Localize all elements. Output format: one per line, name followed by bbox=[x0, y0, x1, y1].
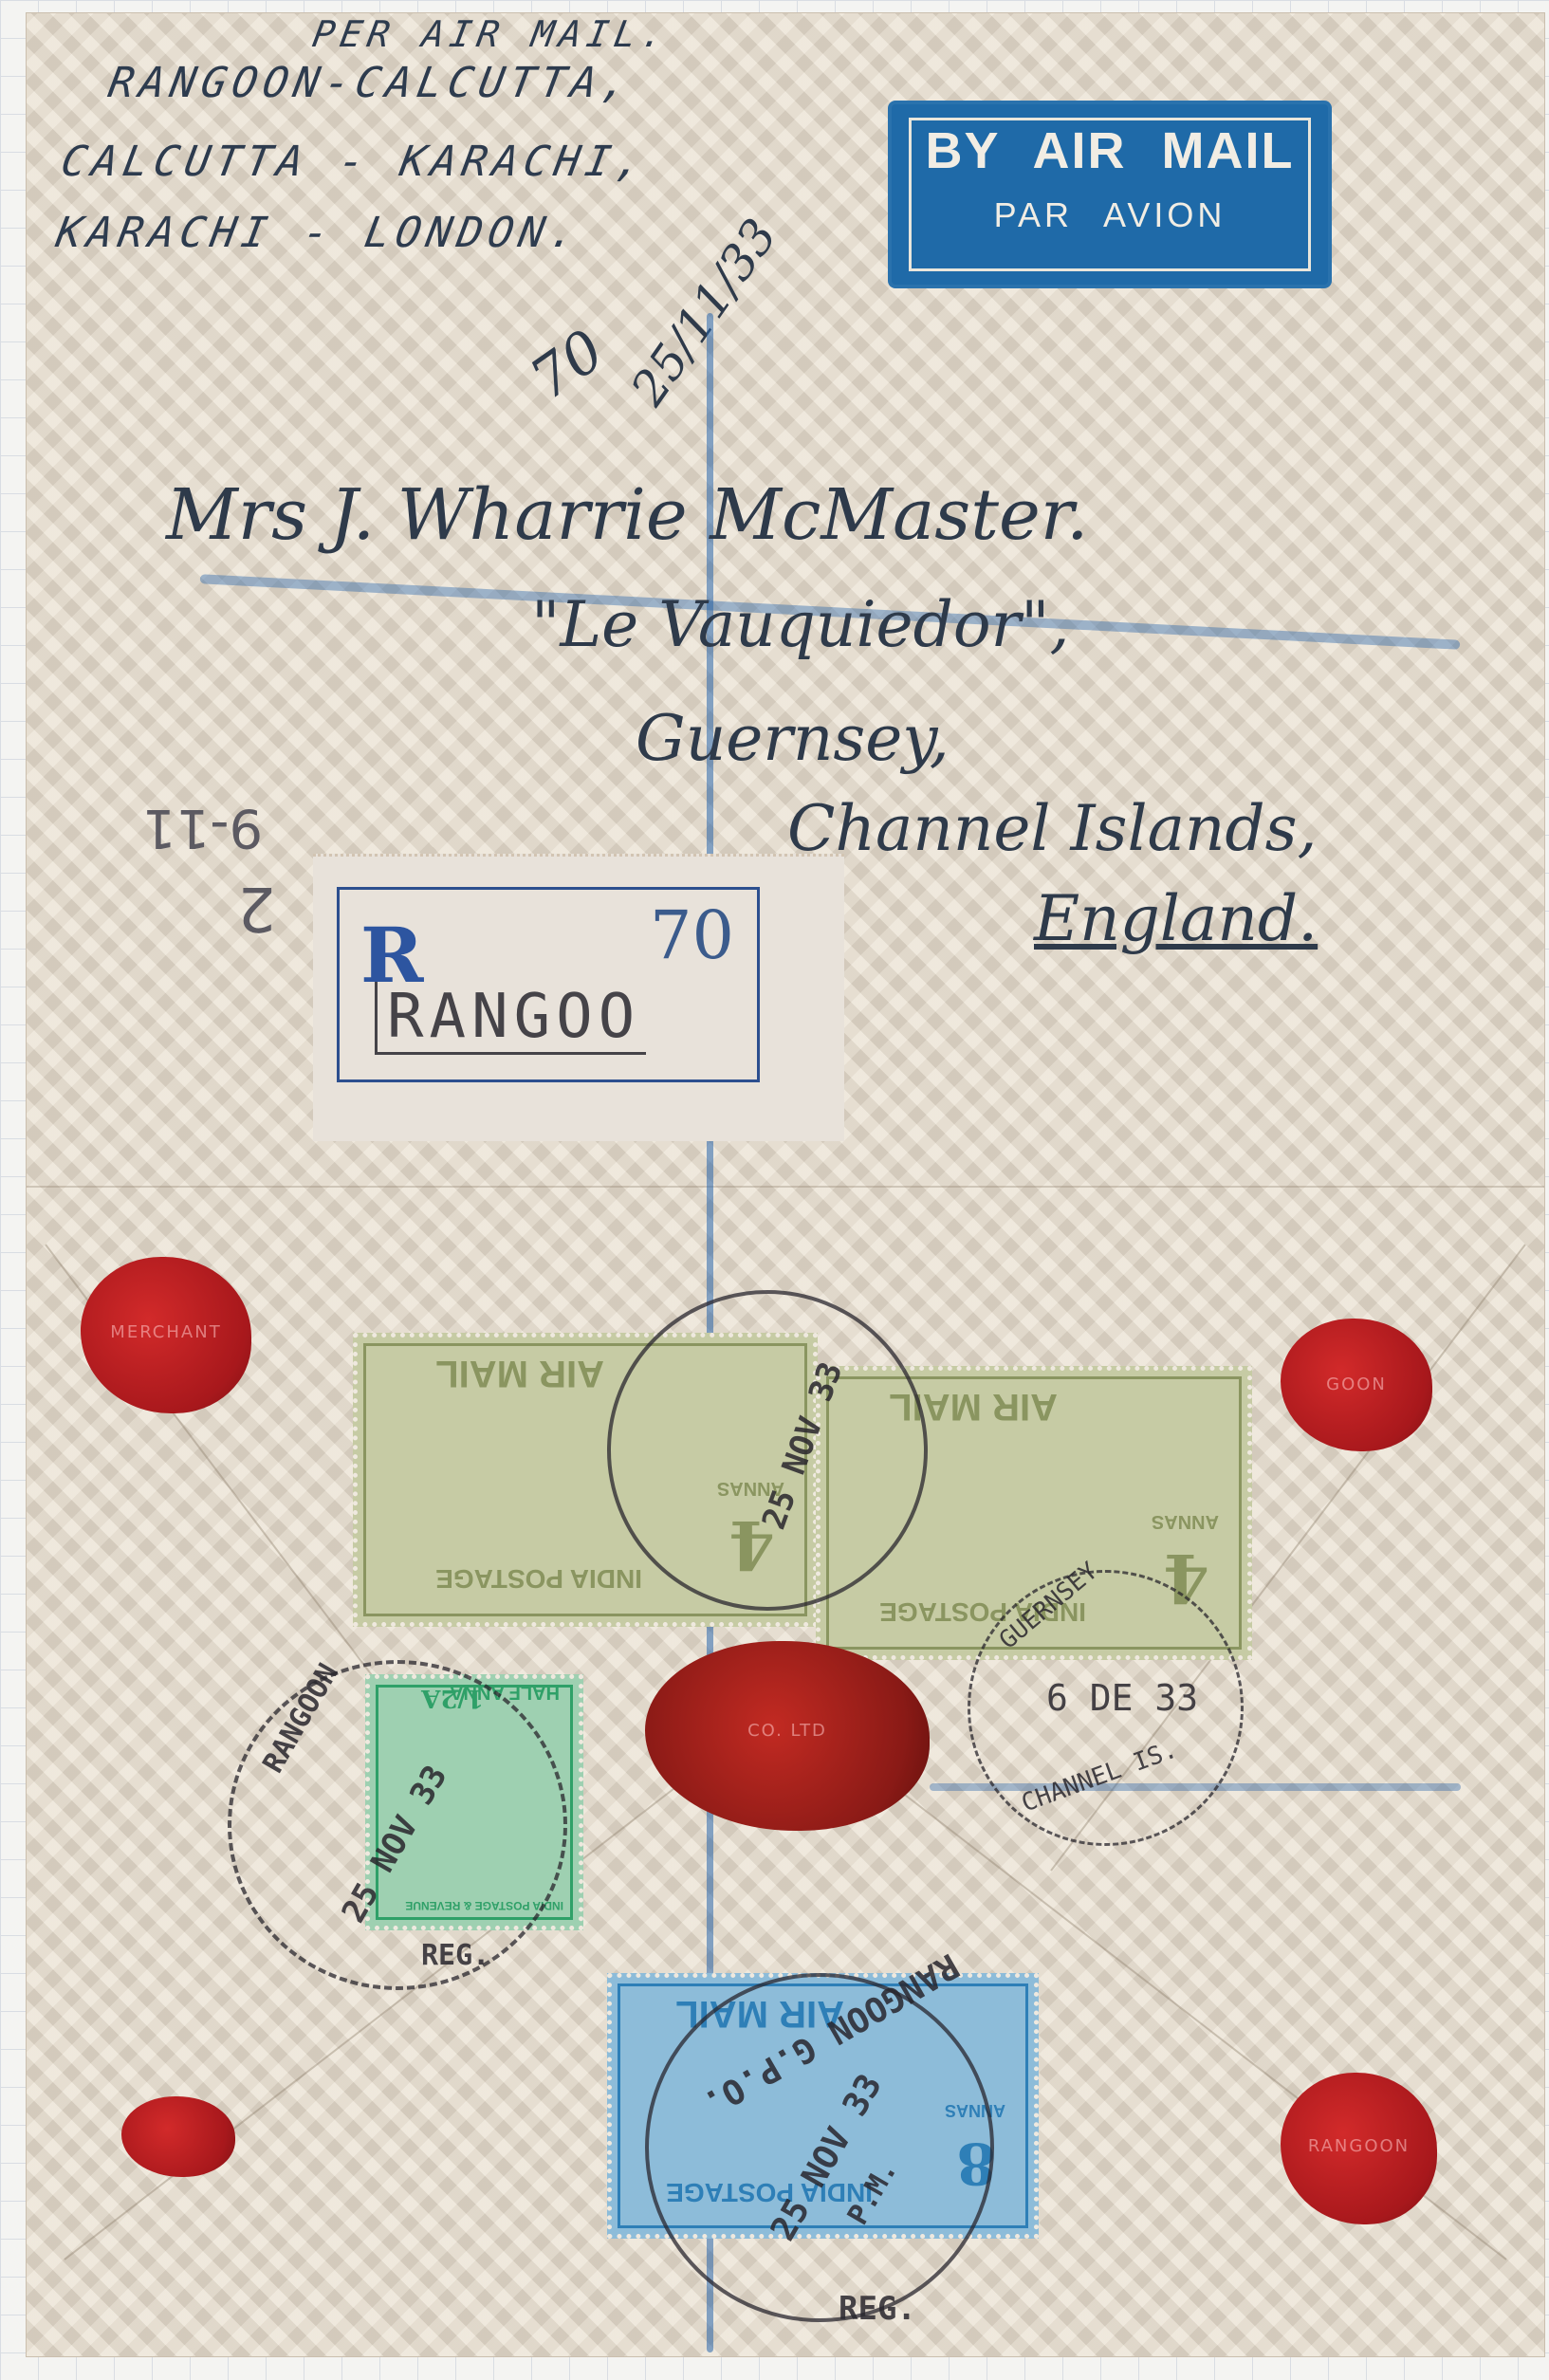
airmail-label: BY AIR MAIL PAR AVION bbox=[892, 104, 1328, 285]
airmail-label-main: BY AIR MAIL bbox=[892, 121, 1328, 180]
address-island: Guernsey, bbox=[636, 702, 950, 775]
postmark-guernsey: 6 DE 33 CHANNEL IS. GUERNSEY bbox=[968, 1570, 1244, 1846]
postmark-rangoon-gpo: RANGOON G.P.O. 25 NOV 33 P.M. REG. bbox=[645, 1973, 994, 2322]
registration-number: 70 bbox=[650, 896, 734, 974]
airmail-label-sub: PAR AVION bbox=[892, 195, 1328, 235]
postmark-rangoon-1: 25 NOV 33 bbox=[607, 1290, 928, 1611]
route-note-leg-3: KARACHI - LONDON. bbox=[53, 209, 585, 257]
route-note-leg-1: RANGOON-CALCUTTA, bbox=[105, 59, 637, 107]
pencil-note-fee: 9-11 bbox=[142, 797, 263, 858]
registration-office: RANGOO bbox=[375, 982, 646, 1055]
address-recipient: Mrs J. Wharrie McMaster. bbox=[166, 474, 1089, 556]
address-region: Channel Islands, bbox=[787, 792, 1318, 865]
address-country: England. bbox=[1034, 882, 1318, 955]
envelope-fold-line bbox=[27, 1186, 1544, 1188]
pencil-note-mark: 2 bbox=[237, 873, 276, 943]
route-note-leg-2: CALCUTTA - KARACHI, bbox=[58, 138, 652, 186]
route-note-heading: PER AIR MAIL. bbox=[309, 13, 673, 55]
postmark-rangoon-2: RANGOON 25 NOV 33 REG. bbox=[228, 1660, 567, 1990]
address-house: "Le Vauquiedor", bbox=[531, 588, 1069, 661]
